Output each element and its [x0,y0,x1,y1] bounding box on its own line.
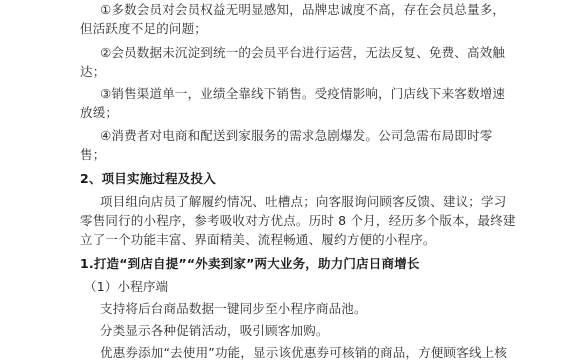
problem-2-line-2: 达； [80,64,105,80]
problem-4-line-2: 售； [80,147,105,163]
problem-2-line-1: ②会员数据未沉淀到统一的会员平台进行运营，无法反复、免费、高效触 [100,45,505,61]
problem-3-line-2: 放缓； [80,105,118,121]
section-2-paragraph-line-3: 立了一个功能丰富、界面精美、流程畅通、履约方便的小程序。 [80,232,436,248]
subsection-1-point-1: 支持将后台商品数据一键同步至小程序商品池。 [100,301,367,317]
subsection-1-point-3: 优惠券添加“去使用”功能，显示该优惠券可核销的商品，方便顾客线上核 [100,345,507,360]
problem-4-line-1: ④消费者对电商和配送到家服务的需求急剧爆发。公司急需布局即时零 [100,128,492,144]
section-2-heading: 2、项目实施过程及投入 [80,171,216,187]
section-2-paragraph-line-1: 项目组向店员了解履约情况、吐槽点；向客服询问顾客反馈、建议；学习 [100,194,506,210]
subsection-1-item-label: （1）小程序端 [84,279,168,295]
problem-1-line-2: 但活跃度不足的问题； [80,21,207,37]
problem-1-line-1: ①多数会员对会员权益无明显感知，品牌忠诚度不高，存在会员总量多， [100,2,505,18]
subsection-1-heading: 1.打造“到店自提”“外卖到家”两大业务，助力门店日商增长 [80,256,420,272]
subsection-1-point-2: 分类显示各种促销活动，吸引顾客加购。 [100,323,329,339]
problem-3-line-1: ③销售渠道单一，业绩全靠线下销售。受疫情影响，门店线下来客数增速 [100,86,505,102]
section-2-paragraph-line-2: 零售同行的小程序，参考吸收对方优点。历时 8 个月，经历多个版本，最终建 [80,213,516,229]
